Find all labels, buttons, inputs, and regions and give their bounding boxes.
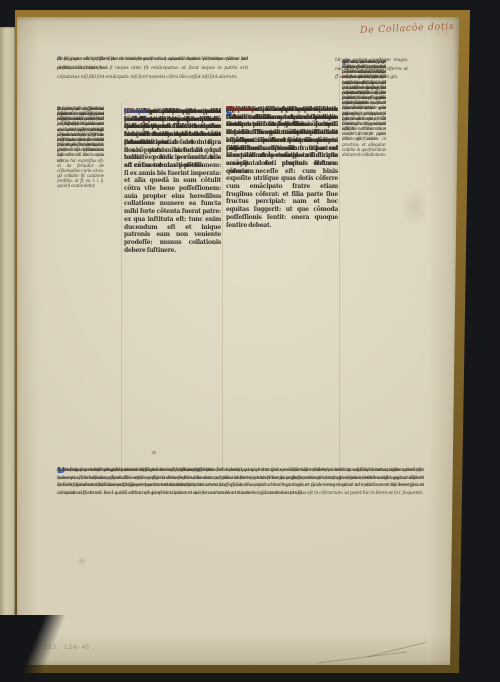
folio-number: 171 [436,29,448,37]
text-run: ater nubenti filie quaſdam res preter do… [226,106,338,175]
text-run: It queritur an fructus dotis cõferendi ſ… [57,106,104,189]
ink-stain [151,450,157,455]
smudge [77,557,87,565]
text-run: et no. tãdem qd collatio dotis locum hab… [342,59,386,142]
manuscript-photo: De Collacōe dotis 171 Lat 353. LSm-4b ut… [0,0,500,682]
text-run: ſic filia que ab inteſtato patris licet … [57,55,248,73]
text-run: lterius: huic prodeſt allegatio de iure … [57,467,215,475]
ruling-line [222,102,223,470]
bottom-gloss: ſuum fuit: ſupra eod. aliquid habetur ut… [57,467,424,579]
main-text-column-1: patre nuptiarum mulier cõſentiente. C Cu… [124,108,221,464]
scratch-mark [317,652,406,664]
scratch-mark [368,642,426,657]
parchment-page: De Collacōe dotis 171 Lat 353. LSm-4b ut… [17,17,459,665]
ruling-line [339,57,340,487]
jurist-attribution-rubric: Pompo. [124,108,147,116]
parchment-discoloration [402,187,428,227]
top-gloss-left: ut legitur: alii qd fieri de donatione p… [57,55,248,105]
right-margin-gloss: caſum ponit: filius emãcipatus petiit bo… [342,59,386,492]
page-stack-edge [0,27,17,637]
spine-shadow [0,615,80,682]
left-margin-gloss: et ad hoc facit quod no. ſupra de bo. po… [57,106,104,464]
text-run: n adoptiuum patrem et heredem inſtituta … [124,108,221,254]
ruling-line [121,102,122,470]
main-text-column-2: Si pater pro filia dotem promiſerit: dei… [226,106,338,464]
